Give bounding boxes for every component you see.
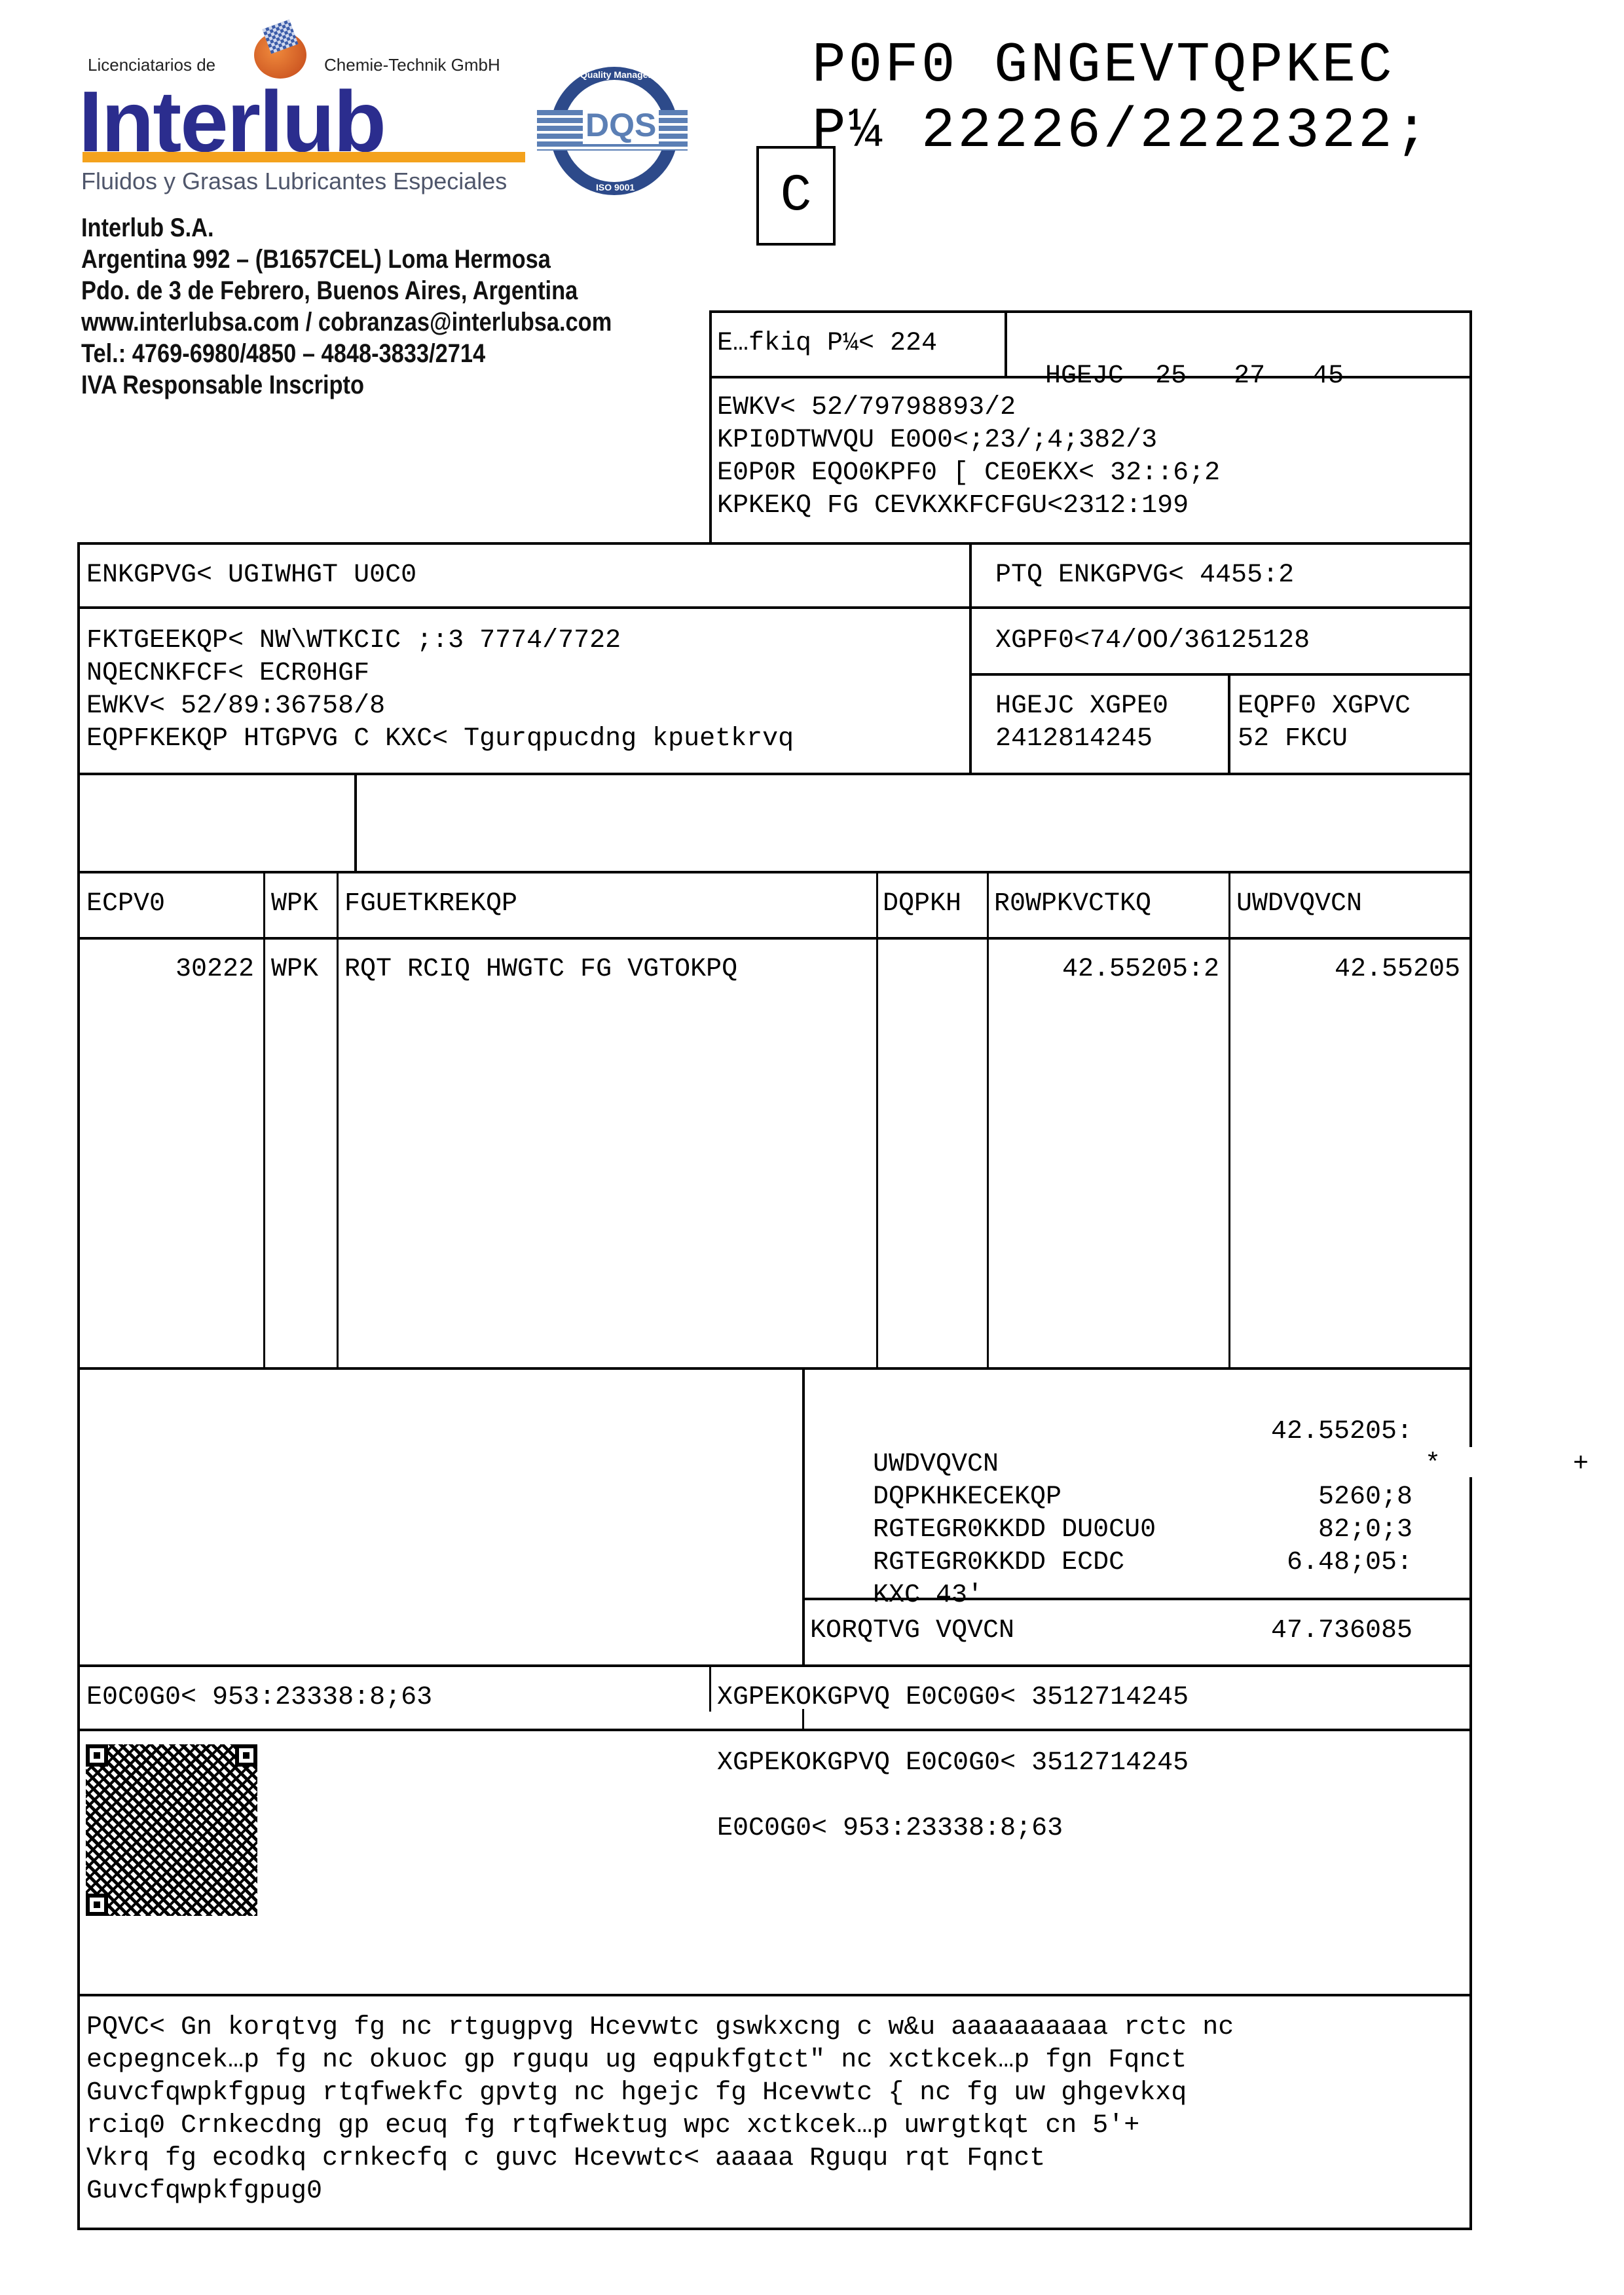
divider [709,1664,711,1712]
divider [77,937,1472,940]
item-description: RQT RCIQ HWGTC FG VGTOKPQ [344,953,737,986]
item-subtotal: 42.55205 [1231,953,1460,986]
footer-note: PQVC< Gn korqtvg fg nc rtgugpvg Hcevwtc … [86,2011,1234,2208]
divider [1228,673,1230,775]
iso-mark: DQS [583,106,659,144]
date-month: 27 [1234,361,1265,391]
qr-finder [86,1744,108,1767]
column-header-bonus: DQPKH [883,888,961,921]
issuer-line: KPKEKQ FG CEVKXKFCFGU<2312:199 [717,490,1220,523]
seller-code: XGPF0<74/OO/36125128 [995,625,1310,657]
issuer-details: EWKV< 52/79798893/2 KPI0DTWVQU E0O0<;23/… [717,392,1220,523]
divider [1005,310,1007,377]
column-header-unit: WPK [271,888,318,921]
client-number: PTQ ENKGPVG< 4455:2 [995,559,1294,592]
company-tax-status: IVA Responsable Inscripto [81,369,612,401]
divider [77,1367,1472,1370]
issuer-line: KPI0DTWVQU E0O0<;23/;4;382/3 [717,424,1220,457]
cae-expiry: XGPEKOKGPVQ E0C0G0< 3512714245 [717,1681,1189,1714]
right-border-gap [1464,1447,1480,1477]
invoice-letter-box: C [756,146,836,246]
item-quantity: 30222 [79,953,254,986]
licensee-prefix: Licenciatarios de [88,55,215,75]
qr-finder [235,1744,257,1767]
payment-terms-label: EQPF0 XGPVC [1238,690,1411,723]
column-header-subtotal: UWDVQVCN [1236,888,1362,921]
brand-underline [83,152,525,162]
footer-line: ecpegncek…p fg nc okuoc gp rguqu ug eqpu… [86,2044,1234,2077]
address-line: FKTGEEKQP< NW\WTKCIC ;:3 7774/7722 [86,625,794,657]
totals-value: 6.48;05: [1287,1547,1412,1579]
divider [354,773,357,872]
footer-line: Vkrq fg ecodkq crnkecfq c guvc Hcevwtc< … [86,2142,1234,2175]
column-header-unit-price: R0WPKVCTKQ [994,888,1151,921]
totals-row: DQPKHKECEKQP [810,1448,1412,1481]
divider [263,871,265,1368]
footer-line: rciq0 Crnkecdng gp ecuq fg rtqfwektug wp… [86,2110,1234,2142]
divider [77,773,1472,775]
totals-row: KXC 43' 6.48;05: [810,1547,1412,1579]
brand-tagline: Fluidos y Grasas Lubricantes Especiales [81,168,507,195]
divider [1228,871,1230,1368]
qr-cae-number: E0C0G0< 953:23338:8;63 [717,1812,1063,1845]
divider [77,871,1472,873]
company-phone: Tel.: 4769-6980/4850 – 4848-3833/2714 [81,338,612,369]
due-date: HGEJC XGPE0 2412814245 [995,690,1168,756]
company-address: Argentina 992 – (B1657CEL) Loma Hermosa [81,244,612,275]
footer-line: Guvcfqwpkfgpug rtqfwekfc gpvtg nc hgejc … [86,2077,1234,2110]
totals-row: UWDVQVCN 42.55205: [810,1416,1412,1448]
date-label: HGEJC [1045,361,1124,391]
total-amount-value: 47.736085 [810,1615,1412,1647]
totals-row: RGTEGR0KKDD DU0CU0 5260;8 [810,1481,1412,1514]
item-unit: WPK [271,953,318,986]
divider [337,871,339,1368]
document-title: P0F0 GNGEVTQPKEC [812,33,1395,98]
due-date-value: 2412814245 [995,723,1168,756]
totals-label: KXC 43' [873,1581,983,1610]
issue-date: HGEJC 25 27 45 [1014,327,1344,393]
due-date-label: HGEJC XGPE0 [995,690,1168,723]
divider [77,1729,1472,1731]
company-district: Pdo. de 3 de Febrero, Buenos Aires, Arge… [81,275,612,306]
client-address: FKTGEEKQP< NW\WTKCIC ;:3 7774/7722 NQECN… [86,625,794,756]
invoice-frame [77,542,1472,2230]
divider [969,542,972,775]
totals-row: RGTEGR0KKDD ECDC 82;0;3 [810,1514,1412,1547]
code-label: E…fkiq P¼< 224 [717,327,937,360]
address-line: EQPFKEKQP HTGPVG C KXC< Tgurqpucdng kpue… [86,723,794,756]
company-logo: Licenciatarios de Chemie-Technik GmbH In… [79,20,688,210]
item-unit-price: 42.55205:2 [989,953,1219,986]
iso-top-text: Quality Management [580,69,670,80]
iso-bottom-text: ISO 9001 [596,182,635,193]
address-line: NQECNKFCF< ECR0HGF [86,657,794,690]
cae-number: E0C0G0< 953:23338:8;63 [86,1681,432,1714]
divider [876,871,878,1368]
date-day: 25 [1155,361,1187,391]
totals-value: 42.55205: [1271,1416,1412,1448]
address-line: EWKV< 52/89:36758/8 [86,690,794,723]
payment-terms-value: 52 FKCU [1238,723,1411,756]
column-header-quantity: ECPV0 [86,888,165,921]
issuer-line: EWKV< 52/79798893/2 [717,392,1220,424]
column-header-description: FGUETKREKQP [344,888,517,921]
client-name: ENKGPVG< UGIWHGT U0C0 [86,559,416,592]
stray-mark-asterisk: * [1425,1448,1441,1481]
totals-block: UWDVQVCN 42.55205: DQPKHKECEKQP RGTEGR0K… [810,1416,1412,1579]
qr-code-icon [86,1744,257,1916]
company-info: Interlub S.A. Argentina 992 – (B1657CEL)… [81,212,698,401]
qr-cae-expiry: XGPEKOKGPVQ E0C0G0< 3512714245 [717,1747,1189,1780]
totals-value: 82;0;3 [1318,1514,1412,1547]
company-web-email: www.interlubsa.com / cobranzas@interlubs… [81,306,612,338]
divider [969,673,1472,676]
company-name: Interlub S.A. [81,212,612,244]
licensee-partner: Chemie-Technik GmbH [324,55,500,75]
divider [77,1664,1472,1667]
footer-line: Guvcfqwpkfgpug0 [86,2175,1234,2208]
iso-certification-badge: DQS Quality Management ISO 9001 [537,67,681,198]
divider [77,606,1472,609]
divider [987,871,989,1368]
divider [77,1994,1472,1996]
date-year: 45 [1312,361,1344,391]
issuer-line: E0P0R EQO0KPF0 [ CE0EKX< 32::6;2 [717,457,1220,490]
totals-value: 5260;8 [1318,1481,1412,1514]
divider [802,1367,805,1666]
document-number: P¼ 22226/2222322; [812,98,1431,164]
stray-mark-plus: + [1573,1448,1589,1481]
footer-line: PQVC< Gn korqtvg fg nc rtgugpvg Hcevwtc … [86,2011,1234,2044]
qr-finder [86,1894,108,1916]
payment-terms: EQPF0 XGPVC 52 FKCU [1238,690,1411,756]
